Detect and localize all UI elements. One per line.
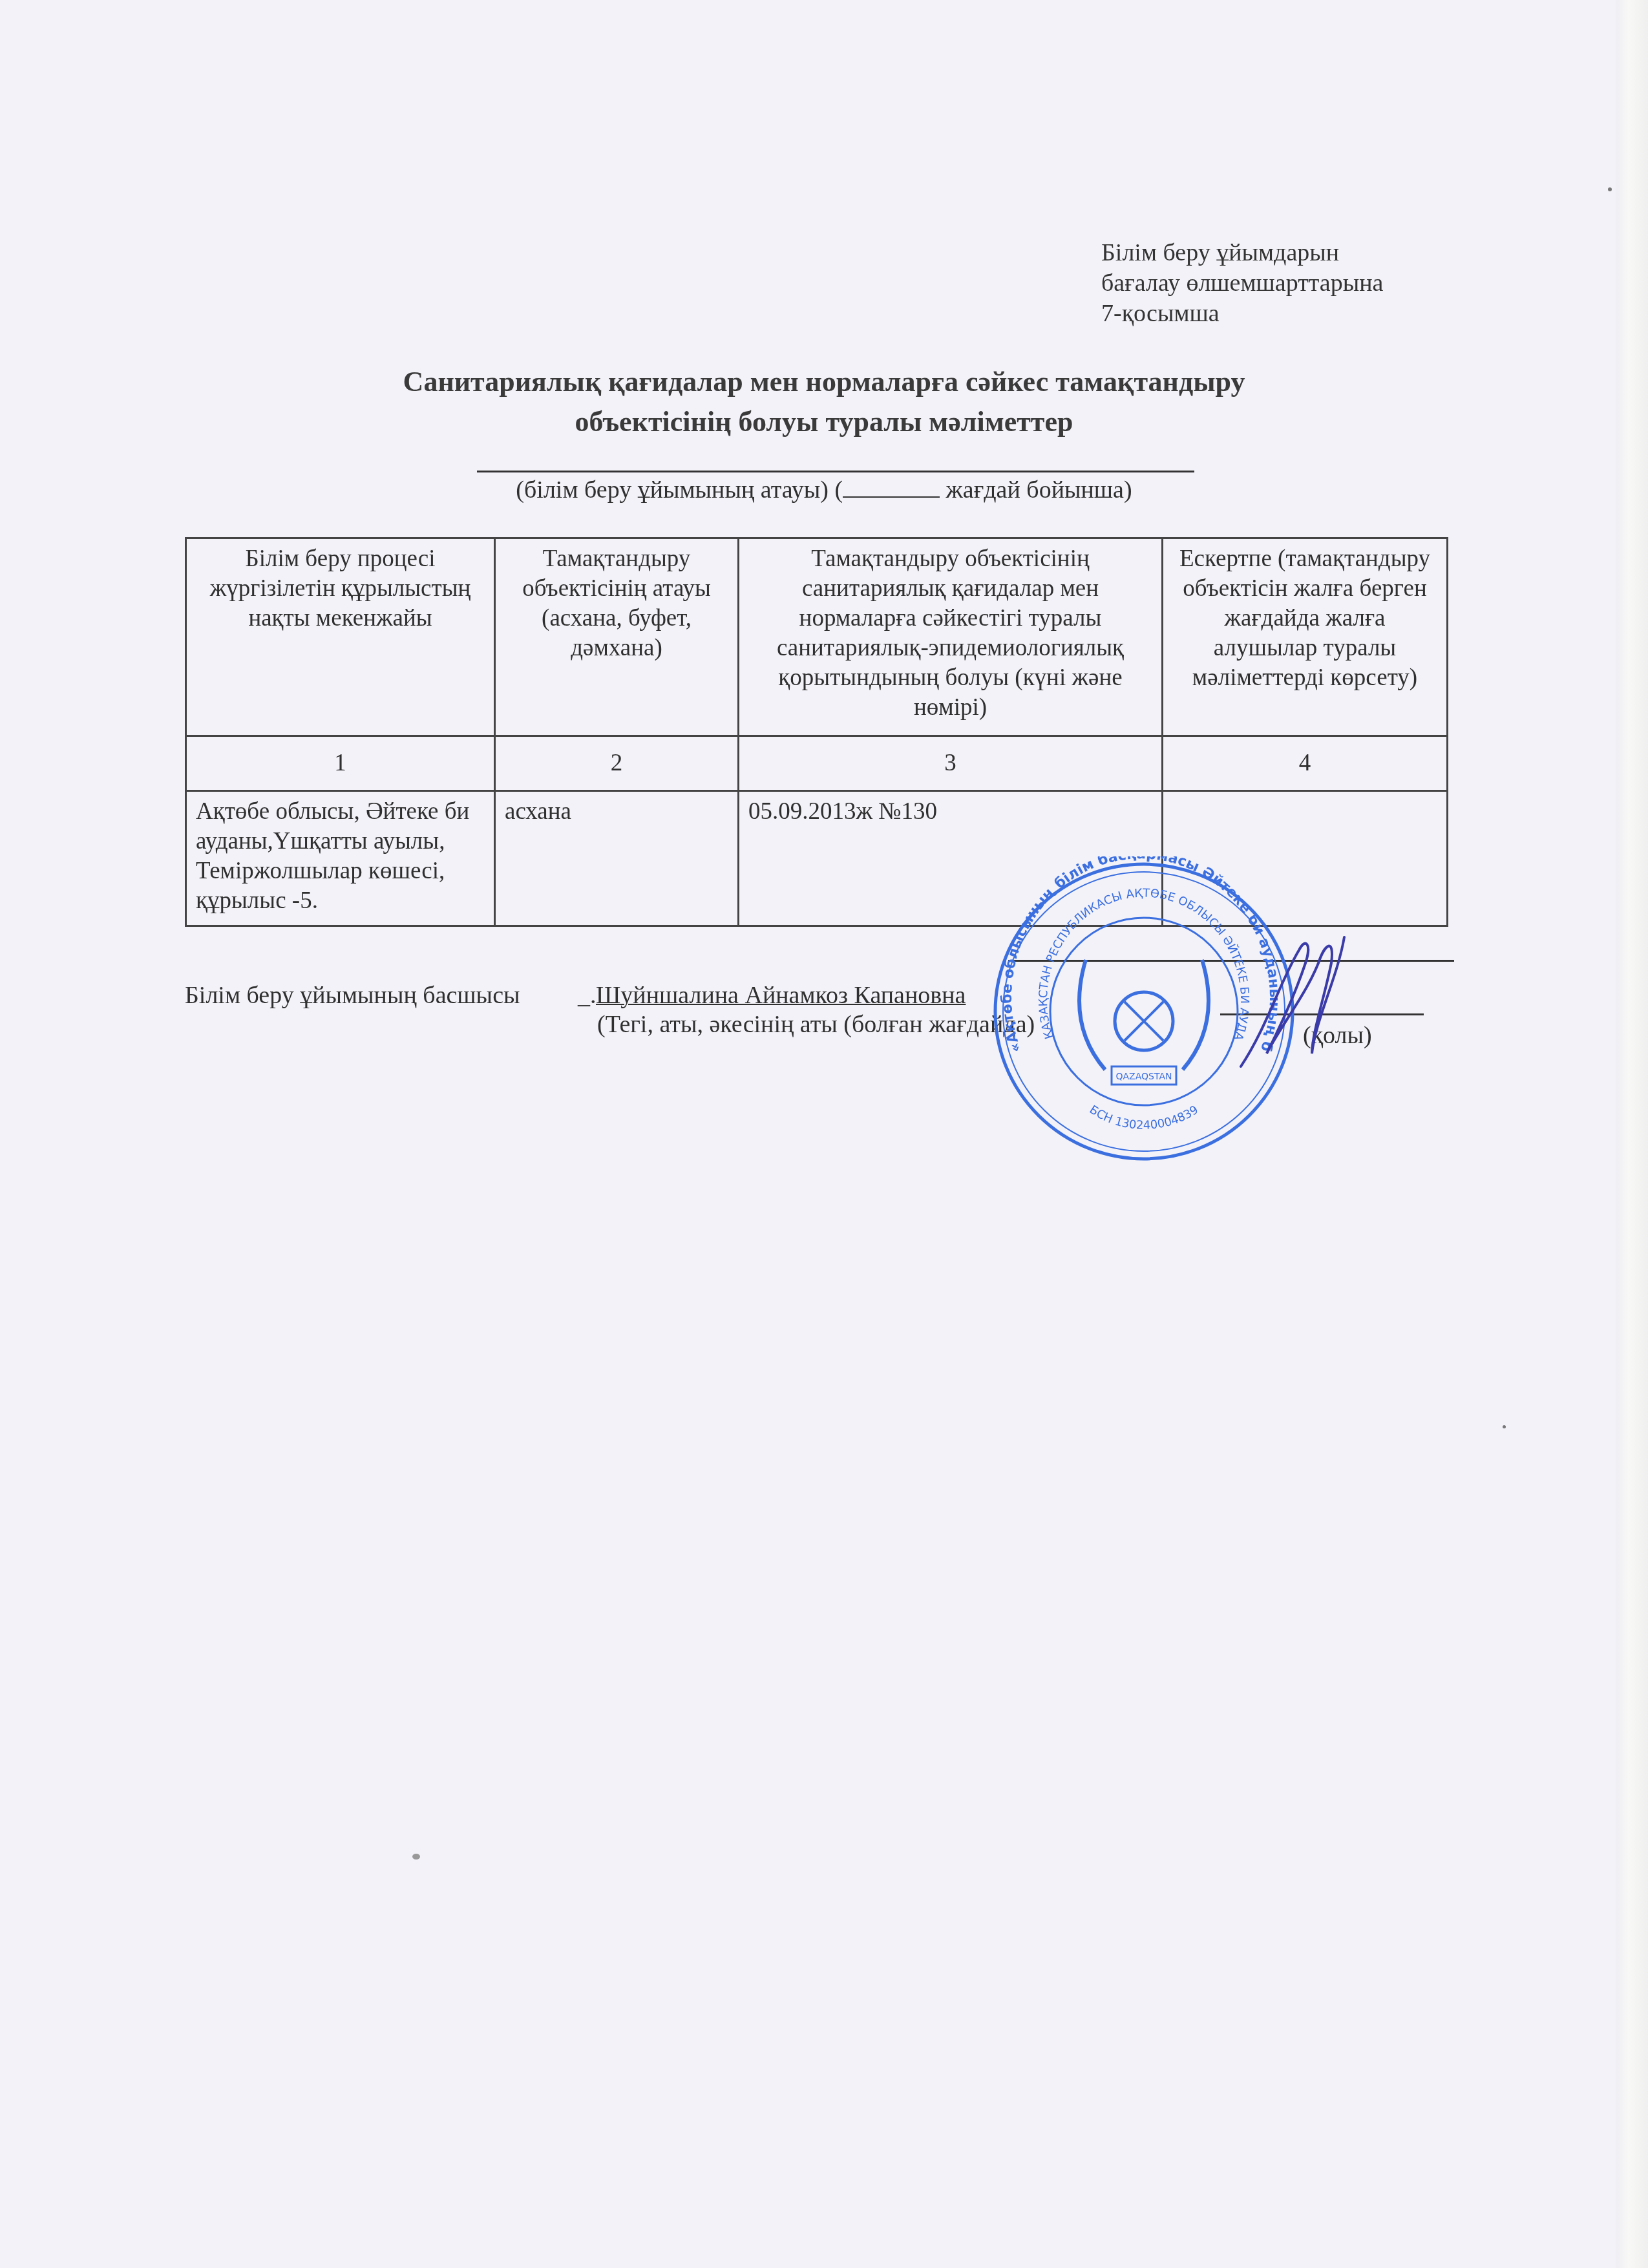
scan-speck [412, 1854, 420, 1860]
header-address: Білім беру процесі жүргізілетін құрылыст… [186, 538, 495, 736]
scan-speck [1608, 187, 1612, 191]
scan-edge [1616, 0, 1648, 2268]
column-number: 2 [495, 736, 739, 791]
scan-speck [1503, 1425, 1506, 1428]
date-blank-field [843, 477, 940, 498]
appendix-line: 7-қосымша [1101, 299, 1383, 329]
document-title: Санитариялық қағидалар мен нормаларға сә… [194, 362, 1454, 442]
column-number-row: 1 2 3 4 [186, 736, 1448, 791]
appendix-line: бағалау өлшемшарттарына [1101, 268, 1383, 299]
cell-facility: асхана [495, 791, 739, 926]
appendix-reference: Білім беру ұйымдарын бағалау өлшемшартта… [1101, 238, 1383, 329]
org-caption-after: жағдай бойынша) [940, 476, 1132, 503]
title-line: Санитариялық қағидалар мен нормаларға сә… [194, 362, 1454, 402]
column-number: 4 [1163, 736, 1448, 791]
organization-caption: (білім беру ұйымының атауы) ( жағдай бой… [194, 475, 1454, 505]
organization-name-field [477, 471, 1194, 472]
svg-text:QAZAQSTAN: QAZAQSTAN [1116, 1072, 1172, 1082]
column-number: 3 [739, 736, 1163, 791]
table-header-row: Білім беру процесі жүргізілетін құрылыст… [186, 538, 1448, 736]
cell-address: Ақтөбе облысы, Әйтеке би ауданы,Үшқатты … [186, 791, 495, 926]
full-name-caption: (Тегі, аты, әкесінің аты (болған жағдайд… [597, 1010, 1035, 1039]
handwritten-signature-icon [1228, 924, 1357, 1073]
appendix-line: Білім беру ұйымдарын [1101, 238, 1383, 268]
column-number: 1 [186, 736, 495, 791]
header-sanitary-conclusion: Тамақтандыру объектісінің санитариялық қ… [739, 538, 1163, 736]
title-line: объектісінің болуы туралы мәліметтер [194, 402, 1454, 442]
head-full-name: Шуйншалина Айнамкоз Капановна [596, 981, 966, 1010]
svg-text:БСН 130240004839: БСН 130240004839 [1087, 1103, 1201, 1132]
header-note: Ескертпе (тамақтандыру объектісін жалға … [1163, 538, 1448, 736]
org-caption-before: (білім беру ұйымының атауы) ( [516, 476, 843, 503]
header-facility-name: Тамақтандыру объектісінің атауы (асхана,… [495, 538, 739, 736]
signature-dash: _. [578, 981, 597, 1010]
head-of-organization-label: Білім беру ұйымының басшысы [185, 981, 520, 1010]
